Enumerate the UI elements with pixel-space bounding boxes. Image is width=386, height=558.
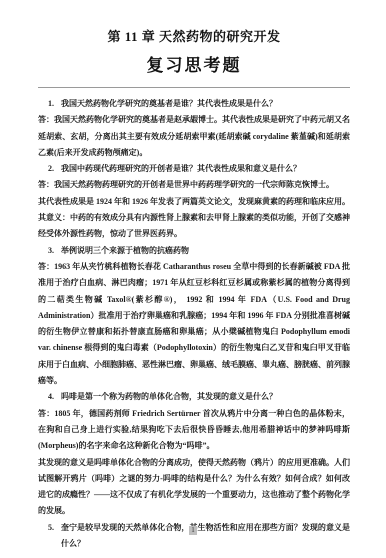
question-text: 吗啡是第一个称为药物的单体化合物，其发现的意义是什么？ bbox=[61, 389, 350, 405]
answer-paragraph: 其代表性成果是 1924 年和 1926 年发表了两篇英文论文，发现麻黄素的药理… bbox=[38, 194, 350, 210]
question-item: 1. 我国天然药物化学研究的奠基者是谁？其代表性成果是什么？ bbox=[38, 96, 350, 112]
question-item: 4. 吗啡是第一个称为药物的单体化合物，其发现的意义是什么？ bbox=[38, 389, 350, 405]
answer-paragraph: 答：我国天然药物化学研究的奠基者是赵承嘏博士。其代表性成果是研究了中药元胡又名延… bbox=[38, 112, 350, 161]
question-number: 3. bbox=[48, 243, 61, 259]
answer-paragraph: 答：1963 年从夹竹桃科植物长春花 Catharanthus roseu 全草… bbox=[38, 259, 350, 389]
page-title: 复习思考题 bbox=[38, 51, 350, 76]
question-item: 3. 举例说明三个来源于植物的抗癌药物 bbox=[38, 243, 350, 259]
chapter-title: 第 11 章 天然药物的研究开发 bbox=[38, 26, 350, 45]
qa-list: 1. 我国天然药物化学研究的奠基者是谁？其代表性成果是什么？ 答：我国天然药物化… bbox=[38, 96, 350, 552]
question-number: 4. bbox=[48, 389, 61, 405]
answer-paragraph: 其发现的意义是吗啡单体化合物的分离成功，使得天然药物（鸦片）的应用更准确。人们试… bbox=[38, 455, 350, 520]
answer-paragraph: 答：我国天然药物药理研究的开创者是世界中药药理学研究的一代宗师陈克恢博士。 bbox=[38, 177, 350, 193]
page-footer: 1 bbox=[0, 519, 386, 537]
answer-paragraph: 其意义：中药的有效成分具有内源性肾上腺素和去甲肾上腺素的类似功能，开创了交感神经… bbox=[38, 210, 350, 243]
question-text: 举例说明三个来源于植物的抗癌药物 bbox=[61, 243, 350, 259]
answer-paragraph: 答：1805 年，德国药剂师 Friedrich Sertürner 首次从鸦片… bbox=[38, 406, 350, 455]
header-divider bbox=[38, 87, 350, 88]
page-number: 1 bbox=[189, 526, 197, 535]
question-item: 2. 我国中药现代药理研究的开创者是谁？其代表性成果和意义是什么？ bbox=[38, 161, 350, 177]
question-number: 1. bbox=[48, 96, 61, 112]
document-page: 第 11 章 天然药物的研究开发 复习思考题 1. 我国天然药物化学研究的奠基者… bbox=[0, 0, 386, 558]
question-number: 2. bbox=[48, 161, 61, 177]
question-text: 我国天然药物化学研究的奠基者是谁？其代表性成果是什么？ bbox=[61, 96, 350, 112]
question-text: 我国中药现代药理研究的开创者是谁？其代表性成果和意义是什么？ bbox=[61, 161, 350, 177]
